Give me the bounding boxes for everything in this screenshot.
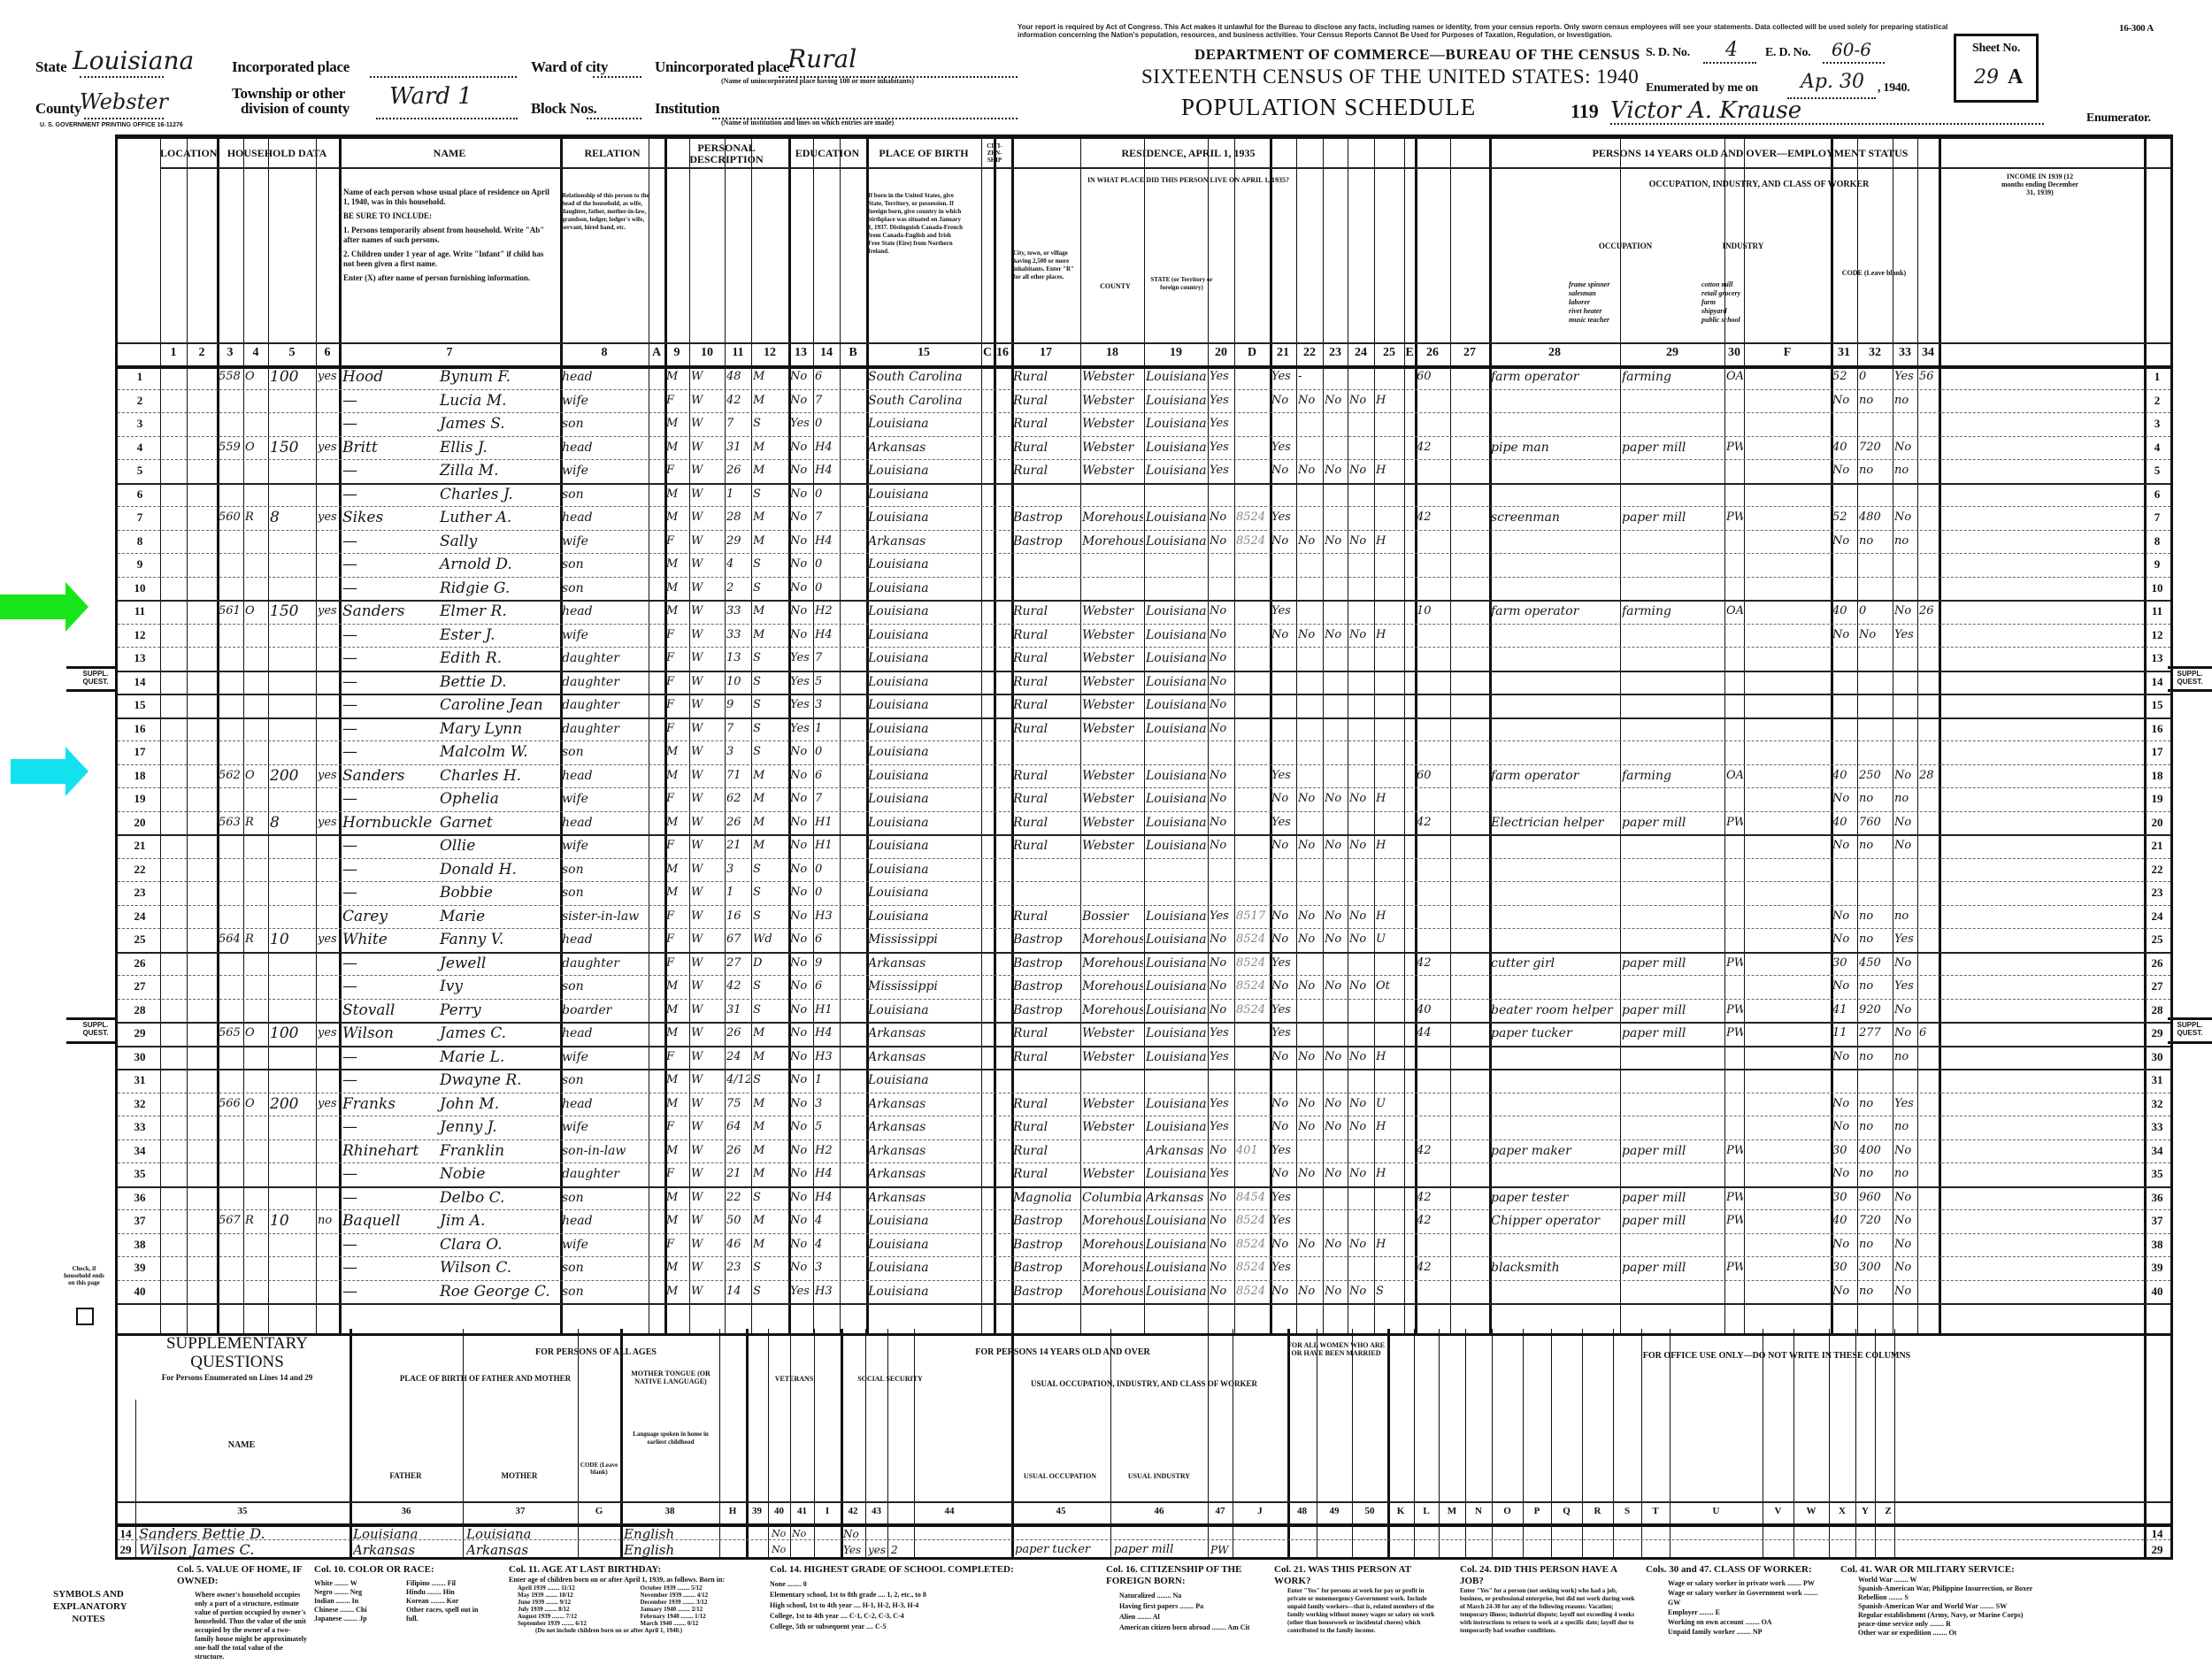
line-number: 13	[127, 651, 153, 665]
grid-row-rule	[118, 436, 2170, 437]
cell-industry: paper mill	[1622, 509, 1724, 526]
supp-usual-occ-group: USUAL OCCUPATION, INDUSTRY, AND CLASS OF…	[1011, 1378, 1277, 1390]
person-name: FranksJohn M.	[342, 1095, 558, 1113]
cell-weeks: No	[1832, 462, 1856, 480]
cell-mar: M	[753, 439, 787, 457]
column-number: 5	[268, 346, 316, 360]
cell-h4: R	[245, 931, 267, 948]
surname: —	[342, 955, 440, 972]
cell-race: W	[691, 696, 724, 714]
cell-c24: No	[1349, 790, 1373, 808]
cell-farm: Yes	[1210, 1095, 1233, 1113]
note-item: Alien ........ Al	[1119, 1612, 1265, 1623]
cell-state: Louisiana	[1146, 1259, 1207, 1277]
line-number-right: 3	[2144, 417, 2170, 431]
cell-industry: paper mill	[1622, 814, 1724, 832]
cell-mar: S	[753, 556, 787, 573]
cell-school: No	[790, 931, 812, 948]
cell-school: No	[790, 908, 812, 925]
cell-hours: 10	[1417, 602, 1449, 620]
cell-birth: Arkansas	[868, 533, 980, 550]
department-title: DEPARTMENT OF COMMERCE—BUREAU OF THE CEN…	[1194, 46, 1640, 64]
supp-column-number: 44	[887, 1506, 1011, 1516]
cell-city: Bastrop	[1013, 931, 1079, 948]
cell-mar: S	[753, 978, 787, 995]
cell-h6: yes	[318, 931, 338, 948]
cell-weeks: 40	[1832, 1212, 1856, 1230]
grid-row-rule	[118, 999, 2170, 1000]
highlight-arrow-icon	[11, 747, 99, 796]
cell-sex: M	[666, 814, 688, 832]
person-name: HoodBynum F.	[342, 368, 558, 386]
cell-birth: Louisiana	[868, 649, 980, 667]
industry-example: shipyard	[1701, 307, 1790, 316]
supplementary-line-rule	[66, 1041, 115, 1044]
cell-hours: 42	[1417, 955, 1449, 972]
cell-age: 42	[726, 392, 750, 410]
surname: Britt	[342, 439, 440, 457]
cell-age: 24	[726, 1048, 750, 1066]
cell-weeks: No	[1832, 533, 1856, 550]
unincorporated-note: (Name of unincorporated place having 100…	[721, 77, 914, 85]
cell-wages: no	[1859, 931, 1892, 948]
line-number-right: 7	[2144, 510, 2170, 525]
supp-column-number: R	[1582, 1506, 1613, 1516]
cell-mar: M	[753, 462, 787, 480]
cell-industry: farming	[1622, 602, 1724, 620]
group-residence: RESIDENCE, APRIL 1, 1935	[1011, 148, 1365, 159]
cell-hours: 42	[1417, 1189, 1449, 1207]
person-name: SandersCharles H.	[342, 767, 558, 785]
cell-other: No	[1894, 602, 1916, 620]
cell-hours: 44	[1417, 1024, 1449, 1042]
given-name: Jewell	[440, 955, 486, 972]
grid-row-rule	[118, 483, 2170, 485]
form-id: 16-300 A	[2119, 23, 2154, 34]
supp-column-number: S	[1613, 1506, 1641, 1516]
cell-birth: Louisiana	[868, 767, 980, 785]
cell-grade: H1	[815, 814, 839, 832]
cell-school: No	[790, 1236, 812, 1254]
cell-birth: Louisiana	[868, 861, 980, 879]
county-value: Webster	[80, 89, 168, 114]
enumerated-date: Ap. 30	[1801, 71, 1864, 93]
cell-rel: son	[562, 579, 648, 597]
line-number: 22	[127, 863, 153, 877]
line-number: 40	[127, 1285, 153, 1299]
supp-cell-ss42: No	[843, 1525, 864, 1543]
cell-race: W	[691, 1189, 724, 1207]
given-name: Perry	[440, 1001, 481, 1019]
supp-birth-parents: PLACE OF BIRTH OF FATHER AND MOTHER	[350, 1373, 620, 1385]
cell-cls: PW	[1726, 955, 1743, 972]
cell-race: W	[691, 579, 724, 597]
surname: —	[342, 884, 440, 902]
cell-c23: No	[1325, 533, 1347, 550]
cell-county: Webster	[1082, 790, 1143, 808]
cell-farm: Yes	[1210, 462, 1233, 480]
cell-grade: 7	[815, 392, 839, 410]
cell-mar: S	[753, 908, 787, 925]
cell-sex: M	[666, 1259, 688, 1277]
surname: Rhinehart	[342, 1142, 440, 1160]
person-name: —Charles J.	[342, 486, 558, 503]
cell-race: W	[691, 392, 724, 410]
cell-age: 71	[726, 767, 750, 785]
cell-mar: S	[753, 415, 787, 433]
cell-weeks: No	[1832, 931, 1856, 948]
cell-grade: H2	[815, 602, 839, 620]
supp-column-number: 48	[1287, 1506, 1317, 1516]
cell-hours: 42	[1417, 1212, 1449, 1230]
given-name: Jenny J.	[440, 1118, 497, 1136]
surname: —	[342, 1048, 440, 1066]
given-name: Sally	[440, 533, 477, 550]
line-number-right: 23	[2144, 886, 2170, 900]
cell-hours: 60	[1417, 767, 1449, 785]
grid-column-rule	[187, 139, 188, 1333]
grid-row-rule	[118, 1186, 2170, 1188]
cell-race: W	[691, 1118, 724, 1136]
grid-row-rule	[118, 881, 2170, 882]
grid-column-rule	[1144, 139, 1145, 1333]
given-name: Charles J.	[440, 486, 513, 503]
cell-county: Webster	[1082, 1048, 1143, 1066]
cell-city: Rural	[1013, 1095, 1079, 1113]
cell-city: Bastrop	[1013, 1283, 1079, 1301]
cell-school: Yes	[790, 1283, 812, 1301]
industry-examples: cotton millretail groceryfarmshipyardpub…	[1701, 280, 1790, 325]
person-name: —Nobie	[342, 1165, 558, 1183]
cell-farm: Yes	[1210, 368, 1233, 386]
cell-sex: F	[666, 908, 688, 925]
column-number: 23	[1323, 346, 1348, 360]
cell-h4: O	[245, 1095, 267, 1113]
cell-cls: OA	[1726, 767, 1743, 785]
grid-column-rule	[840, 139, 841, 1333]
unincorporated-label: Unincorporated place	[655, 58, 789, 76]
grid-row-rule	[118, 1022, 2170, 1024]
cell-state: Louisiana	[1146, 1048, 1207, 1066]
supp-mother-tongue: MOTHER TONGUE (OR NATIVE LANGUAGE)	[622, 1370, 719, 1385]
institution-field	[712, 107, 1018, 119]
unincorporated-value: Rural	[787, 44, 856, 73]
cell-age: 3	[726, 743, 750, 761]
grid-row-rule	[118, 834, 2170, 836]
cell-mar: M	[753, 790, 787, 808]
cell-other: Yes	[1894, 368, 1916, 386]
cell-other: No	[1894, 1024, 1916, 1042]
supp-column-number: Z	[1875, 1506, 1901, 1516]
column-number: 24	[1348, 346, 1374, 360]
cell-wages: 0	[1859, 602, 1892, 620]
note-item: Hindu ........ Hin	[406, 1588, 491, 1597]
group-citizenship: CITI-ZEN-SHIP	[981, 142, 1008, 164]
cell-farm: No	[1210, 1283, 1233, 1301]
line-number-right: 35	[2144, 1167, 2170, 1181]
cell-school: No	[790, 743, 812, 761]
supp-column-number: H	[719, 1506, 746, 1516]
cell-c23: No	[1325, 790, 1347, 808]
cell-birth: Louisiana	[868, 814, 980, 832]
cell-county: Morehouse	[1082, 1259, 1143, 1277]
cell-wages: 450	[1859, 955, 1892, 972]
supp-father-header: FATHER	[350, 1470, 461, 1482]
cell-birth: Mississippi	[868, 978, 980, 995]
note-item: White ........ W	[314, 1579, 399, 1588]
cell-h3: 558	[219, 368, 242, 386]
cell-weeks: 30	[1832, 1189, 1856, 1207]
cell-school: No	[790, 1189, 812, 1207]
note-item: Naturalized ........ Na	[1119, 1591, 1265, 1601]
line-number: 5	[127, 464, 153, 478]
given-name: Arnold D.	[440, 556, 512, 573]
column-number: 25	[1374, 346, 1404, 360]
cell-h3: 564	[219, 931, 242, 948]
column-number: 32	[1857, 346, 1893, 360]
cell-mar: M	[753, 602, 787, 620]
cell-mar: M	[753, 1048, 787, 1066]
cell-weeks: 30	[1832, 955, 1856, 972]
cell-grade: 0	[815, 861, 839, 879]
cell-c23: No	[1325, 908, 1347, 925]
line-number: 9	[127, 557, 153, 572]
grid-column-rule	[316, 139, 317, 1333]
occupation-example: music teacher	[1569, 316, 1684, 325]
cell-farm: No	[1210, 1001, 1233, 1019]
grid-row-rule	[118, 530, 2170, 531]
line-number-right: 26	[2144, 956, 2170, 971]
cell-county: Webster	[1082, 392, 1143, 410]
cell-weeks: No	[1832, 1048, 1856, 1066]
cell-state: Louisiana	[1146, 626, 1207, 644]
household-end-checkbox[interactable]	[76, 1308, 94, 1325]
grid-row-rule	[118, 1303, 2170, 1305]
occupation-examples: frame spinnersalesmanlaborerrivet heater…	[1569, 280, 1684, 325]
cell-c21: No	[1271, 1118, 1295, 1136]
cell-c24: No	[1349, 392, 1373, 410]
industry-example: public school	[1701, 316, 1790, 325]
cell-c25: H	[1376, 392, 1403, 410]
line-number-right: 17	[2144, 745, 2170, 759]
institution-label: Institution	[655, 100, 719, 118]
cell-h3: 559	[219, 439, 242, 457]
person-name: —Donald H.	[342, 861, 558, 879]
cell-race: W	[691, 1236, 724, 1254]
cell-c23: No	[1325, 1048, 1347, 1066]
cell-birth: Louisiana	[868, 556, 980, 573]
cell-birth: South Carolina	[868, 368, 980, 386]
note-col11-title: Col. 11. AGE AT LAST BIRTHDAY:	[509, 1564, 757, 1576]
cell-farm: No	[1210, 1189, 1233, 1207]
group-location: LOCATION	[160, 148, 217, 159]
given-name: Charles H.	[440, 767, 521, 785]
grid-row-rule	[118, 787, 2170, 788]
cell-birth: Louisiana	[868, 579, 980, 597]
surname: —	[342, 837, 440, 855]
cell-other: No	[1894, 814, 1916, 832]
note-item: American citizen born abroad ........ Am…	[1119, 1623, 1265, 1633]
person-name: WhiteFanny V.	[342, 931, 558, 948]
note-col41-title: Col. 41. WAR OR MILITARY SERVICE:	[1840, 1564, 2044, 1576]
cell-cd: 8524	[1236, 1236, 1269, 1254]
grid-row-rule	[118, 717, 2170, 719]
line-number-right: 20	[2144, 816, 2170, 830]
cell-h5: 200	[270, 1095, 315, 1113]
cell-age: 4/12	[726, 1071, 750, 1089]
cell-cd: 8524	[1236, 978, 1269, 995]
note-item: Wage or salary worker in Government work…	[1668, 1588, 1823, 1607]
cell-farm: No	[1210, 696, 1233, 714]
column-number: 10	[689, 346, 725, 360]
cell-city: Rural	[1013, 1024, 1079, 1042]
cell-other: No	[1894, 767, 1916, 785]
supp-column-number: X	[1829, 1506, 1855, 1516]
note-col11: Col. 11. AGE AT LAST BIRTHDAY: Enter age…	[509, 1564, 757, 1634]
cell-mar: D	[753, 955, 787, 972]
cell-state: Louisiana	[1146, 814, 1207, 832]
given-name: Elmer R.	[440, 602, 507, 620]
line-number: 37	[127, 1214, 153, 1228]
cell-sex: M	[666, 368, 688, 386]
cell-race: W	[691, 556, 724, 573]
cell-mar: M	[753, 1024, 787, 1042]
cell-mar: S	[753, 1283, 787, 1301]
cell-sex: F	[666, 462, 688, 480]
cell-h4: R	[245, 814, 267, 832]
cell-other: Yes	[1894, 978, 1916, 995]
cell-age: 9	[726, 696, 750, 714]
cell-age: 16	[726, 908, 750, 925]
cell-rel: head	[562, 1095, 648, 1113]
cell-race: W	[691, 955, 724, 972]
cell-city: Rural	[1013, 626, 1079, 644]
cell-occupation: farm operator	[1491, 368, 1619, 386]
cell-cd: 8524	[1236, 1001, 1269, 1019]
supp-column-number: 50	[1352, 1506, 1387, 1516]
cell-sex: M	[666, 1283, 688, 1301]
note-item: January 1940 ........ 2/12	[641, 1606, 757, 1613]
cell-city: Bastrop	[1013, 1259, 1079, 1277]
name-instruction-line: BE SURE TO INCLUDE:	[343, 211, 556, 221]
grid-column-rule	[1374, 139, 1375, 1333]
grid-column-rule	[813, 139, 814, 1333]
cell-age: 26	[726, 1142, 750, 1160]
person-name: WilsonJames C.	[342, 1024, 558, 1042]
supp-cell-occ: paper tucker	[1015, 1541, 1109, 1559]
cell-cd: 8524	[1236, 1259, 1269, 1277]
cell-forms: 26	[1919, 602, 1938, 620]
cell-age: 7	[726, 720, 750, 738]
surname: —	[342, 462, 440, 480]
cell-c21: No	[1271, 837, 1295, 855]
note-item: October 1939 ........ 5/12	[641, 1584, 757, 1592]
cell-farm: No	[1210, 1236, 1233, 1254]
line-number: 3	[127, 417, 153, 431]
line-number: 19	[127, 792, 153, 806]
cell-mar: M	[753, 509, 787, 526]
line-number-right: 1	[2144, 370, 2170, 384]
cell-wages: 720	[1859, 1212, 1892, 1230]
cell-c22: No	[1298, 931, 1322, 948]
cell-birth: Arkansas	[868, 439, 980, 457]
cell-race: W	[691, 1283, 724, 1301]
cell-c24: No	[1349, 1048, 1373, 1066]
cell-age: 3	[726, 861, 750, 879]
cell-farm: Yes	[1210, 439, 1233, 457]
cell-wages: 0	[1859, 368, 1892, 386]
group-occupation: OCCUPATION, INDUSTRY, AND CLASS OF WORKE…	[1560, 179, 1958, 190]
cell-h6: yes	[318, 602, 338, 620]
surname: —	[342, 743, 440, 761]
township-label-2: division of county	[241, 100, 349, 118]
person-name: —James S.	[342, 415, 558, 433]
cell-cls: OA	[1726, 368, 1743, 386]
supp-column-number: 41	[790, 1506, 814, 1516]
line-number: 8	[127, 534, 153, 549]
supplementary-line-rule	[2168, 1041, 2212, 1044]
cell-rel: head	[562, 509, 648, 526]
cell-rel: son	[562, 978, 648, 995]
cell-race: W	[691, 1001, 724, 1019]
cell-school: No	[790, 884, 812, 902]
supp-social-security: SOCIAL SECURITY	[841, 1373, 939, 1385]
supp-all-ages: FOR PERSONS OF ALL AGES	[350, 1347, 841, 1358]
cell-mar: S	[753, 1001, 787, 1019]
cell-c22: No	[1298, 462, 1322, 480]
group-personal: PERSONAL DESCRIPTION	[664, 142, 788, 165]
supp-cell-tongue: English	[624, 1541, 718, 1559]
surname: —	[342, 486, 440, 503]
cell-state: Louisiana	[1146, 837, 1207, 855]
cell-birth: Arkansas	[868, 1142, 980, 1160]
cell-city: Rural	[1013, 837, 1079, 855]
cell-c24: No	[1349, 533, 1373, 550]
cell-occupation: Chipper operator	[1491, 1212, 1619, 1230]
cell-birth: Arkansas	[868, 1165, 980, 1183]
line-number-right: 29	[2144, 1026, 2170, 1040]
incorporated-place-label: Incorporated place	[232, 58, 349, 76]
household-end-checkbox-label: Check, if household ends on this page	[62, 1265, 106, 1286]
cell-county: Webster	[1082, 368, 1143, 386]
line-number-right: 27	[2144, 979, 2170, 994]
line-number: 33	[127, 1120, 153, 1134]
given-name: Franklin	[440, 1142, 504, 1160]
enumerated-label: Enumerated by me on	[1646, 81, 1758, 96]
cell-sex: F	[666, 1118, 688, 1136]
cell-cls: PW	[1726, 509, 1743, 526]
supp-title: SUPPLEMENTARY QUESTIONS	[127, 1334, 348, 1371]
supp-code-header: CODE (Leave blank)	[578, 1462, 620, 1476]
legal-notice: Your report is required by Act of Congre…	[1018, 23, 1973, 39]
given-name: James C.	[440, 1024, 506, 1042]
surname: —	[342, 1189, 440, 1207]
cell-state: Louisiana	[1146, 1001, 1207, 1019]
supplementary-line-tag: SUPPL. QUEST.	[2172, 670, 2208, 686]
cell-rel: son	[562, 1189, 648, 1207]
cell-rel: son-in-law	[562, 1142, 648, 1160]
group-employment: PERSONS 14 YEARS OLD AND OVER—EMPLOYMENT…	[1365, 148, 2135, 159]
grid-row-rule	[118, 740, 2170, 741]
surname: —	[342, 649, 440, 667]
cell-school: Yes	[790, 415, 812, 433]
cell-race: W	[691, 509, 724, 526]
note-item: College, 1st to 4th year .... C-1, C-2, …	[770, 1611, 1026, 1622]
line-number: 6	[127, 487, 153, 502]
supp-column-number: 46	[1110, 1506, 1208, 1516]
cell-c25: H	[1376, 533, 1403, 550]
line-number-right: 33	[2144, 1120, 2170, 1134]
